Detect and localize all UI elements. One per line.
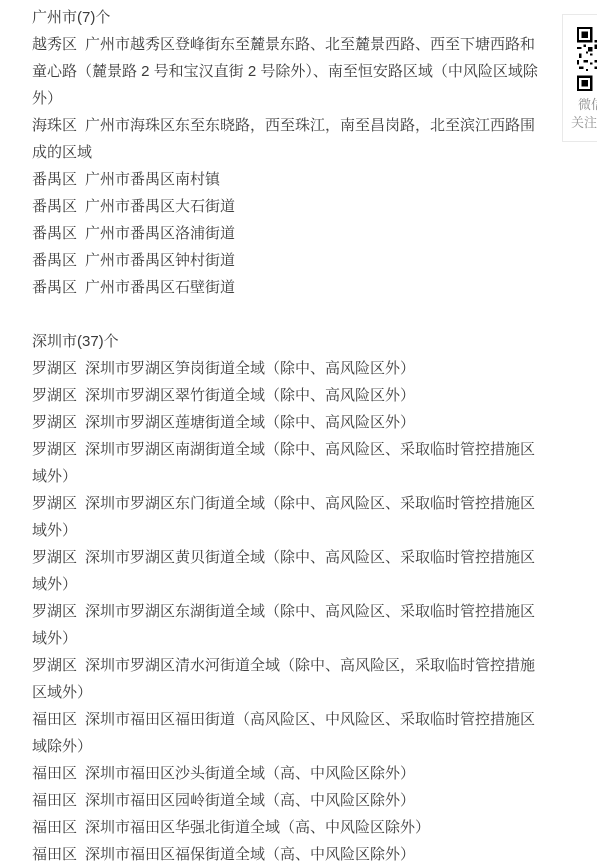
district-label: 福田区: [32, 711, 77, 728]
area-text: 广州市越秀区登峰街东至麓景东路、北至麓景西路、西至下塘西路和童心路（麓景路 2 …: [32, 36, 538, 107]
district-label: 罗湖区: [32, 360, 77, 377]
area-text: 广州市海珠区东至东晓路，西至珠江，南至昌岗路，北至滨江西路围成的区域: [32, 117, 535, 161]
list-item: 福田区深圳市福田区园岭街道全域（高、中风险区除外）: [32, 787, 540, 814]
list-item: 番禺区广州市番禺区石壁街道: [32, 274, 540, 301]
list-item: 罗湖区深圳市罗湖区莲塘街道全域（除中、高风险区外）: [32, 409, 540, 436]
guangzhou-entry-list: 越秀区广州市越秀区登峰街东至麓景东路、北至麓景西路、西至下塘西路和童心路（麓景路…: [32, 31, 540, 301]
list-item: 罗湖区深圳市罗湖区笋岗街道全域（除中、高风险区外）: [32, 355, 540, 382]
area-text: 深圳市福田区福田街道（高风险区、中风险区、采取临时管控措施区域除外）: [32, 711, 535, 755]
district-label: 罗湖区: [32, 414, 77, 431]
district-label: 罗湖区: [32, 549, 77, 566]
district-label: 罗湖区: [32, 603, 77, 620]
district-label: 罗湖区: [32, 441, 77, 458]
list-item: 福田区深圳市福田区沙头街道全域（高、中风险区除外）: [32, 760, 540, 787]
list-item: 海珠区广州市海珠区东至东晓路，西至珠江，南至昌岗路，北至滨江西路围成的区域: [32, 112, 540, 166]
list-item: 福田区深圳市福田区华强北街道全域（高、中风险区除外）: [32, 814, 540, 841]
area-text: 广州市番禺区南村镇: [85, 171, 220, 188]
area-text: 深圳市福田区沙头街道全域（高、中风险区除外）: [85, 765, 415, 782]
list-item: 罗湖区深圳市罗湖区黄贝街道全域（除中、高风险区、采取临时管控措施区域外）: [32, 544, 540, 598]
district-label: 海珠区: [32, 117, 77, 134]
qr-caption-line1: 微信: [578, 96, 597, 114]
district-label: 罗湖区: [32, 495, 77, 512]
district-label: 福田区: [32, 765, 77, 782]
district-label: 福田区: [32, 819, 77, 836]
section-header-guangzhou: 广州市(7)个: [32, 4, 540, 31]
area-text: 深圳市福田区华强北街道全域（高、中风险区除外）: [85, 819, 430, 836]
list-item: 罗湖区深圳市罗湖区清水河街道全域（除中、高风险区，采取临时管控措施区域外）: [32, 652, 540, 706]
section-shenzhen: 深圳市(37)个 罗湖区深圳市罗湖区笋岗街道全域（除中、高风险区外） 罗湖区深圳…: [32, 328, 540, 861]
district-label: 越秀区: [32, 36, 77, 53]
area-text: 广州市番禺区石壁街道: [85, 279, 235, 296]
area-text: 深圳市罗湖区黄贝街道全域（除中、高风险区、采取临时管控措施区域外）: [32, 549, 535, 593]
area-text: 广州市番禺区洛浦街道: [85, 225, 235, 242]
list-item: 越秀区广州市越秀区登峰街东至麓景东路、北至麓景西路、西至下塘西路和童心路（麓景路…: [32, 31, 540, 112]
district-label: 罗湖区: [32, 657, 77, 674]
qr-caption-line2: 关注: [571, 114, 597, 132]
article-body: 广州市(7)个 越秀区广州市越秀区登峰街东至麓景东路、北至麓景西路、西至下塘西路…: [32, 4, 540, 861]
list-item: 罗湖区深圳市罗湖区翠竹街道全域（除中、高风险区外）: [32, 382, 540, 409]
shenzhen-entry-list: 罗湖区深圳市罗湖区笋岗街道全域（除中、高风险区外） 罗湖区深圳市罗湖区翠竹街道全…: [32, 355, 540, 861]
area-text: 深圳市罗湖区清水河街道全域（除中、高风险区，采取临时管控措施区域外）: [32, 657, 535, 701]
area-text: 广州市番禺区钟村街道: [85, 252, 235, 269]
section-header-shenzhen: 深圳市(37)个: [32, 328, 540, 355]
district-label: 番禺区: [32, 279, 77, 296]
list-item: 罗湖区深圳市罗湖区东湖街道全域（除中、高风险区、采取临时管控措施区域外）: [32, 598, 540, 652]
area-text: 深圳市罗湖区笋岗街道全域（除中、高风险区外）: [85, 360, 415, 377]
district-label: 番禺区: [32, 225, 77, 242]
section-guangzhou: 广州市(7)个 越秀区广州市越秀区登峰街东至麓景东路、北至麓景西路、西至下塘西路…: [32, 4, 540, 301]
list-item: 福田区深圳市福田区福田街道（高风险区、中风险区、采取临时管控措施区域除外）: [32, 706, 540, 760]
list-item: 番禺区广州市番禺区洛浦街道: [32, 220, 540, 247]
area-text: 深圳市罗湖区翠竹街道全域（除中、高风险区外）: [85, 387, 415, 404]
list-item: 番禺区广州市番禺区钟村街道: [32, 247, 540, 274]
district-label: 福田区: [32, 846, 77, 861]
list-item: 番禺区广州市番禺区南村镇: [32, 166, 540, 193]
qr-code-icon: [577, 27, 597, 91]
area-text: 深圳市福田区园岭街道全域（高、中风险区除外）: [85, 792, 415, 809]
area-text: 深圳市福田区福保街道全域（高、中风险区除外）: [85, 846, 415, 861]
district-label: 番禺区: [32, 171, 77, 188]
area-text: 深圳市罗湖区东湖街道全域（除中、高风险区、采取临时管控措施区域外）: [32, 603, 535, 647]
district-label: 番禺区: [32, 198, 77, 215]
district-label: 福田区: [32, 792, 77, 809]
list-item: 番禺区广州市番禺区大石街道: [32, 193, 540, 220]
wechat-follow-card[interactable]: 微信 关注: [562, 14, 597, 142]
area-text: 深圳市罗湖区莲塘街道全域（除中、高风险区外）: [85, 414, 415, 431]
area-text: 广州市番禺区大石街道: [85, 198, 235, 215]
list-item: 福田区深圳市福田区福保街道全域（高、中风险区除外）: [32, 841, 540, 861]
list-item: 罗湖区深圳市罗湖区东门街道全域（除中、高风险区、采取临时管控措施区域外）: [32, 490, 540, 544]
district-label: 罗湖区: [32, 387, 77, 404]
area-text: 深圳市罗湖区东门街道全域（除中、高风险区、采取临时管控措施区域外）: [32, 495, 535, 539]
list-item: 罗湖区深圳市罗湖区南湖街道全域（除中、高风险区、采取临时管控措施区域外）: [32, 436, 540, 490]
area-text: 深圳市罗湖区南湖街道全域（除中、高风险区、采取临时管控措施区域外）: [32, 441, 535, 485]
district-label: 番禺区: [32, 252, 77, 269]
